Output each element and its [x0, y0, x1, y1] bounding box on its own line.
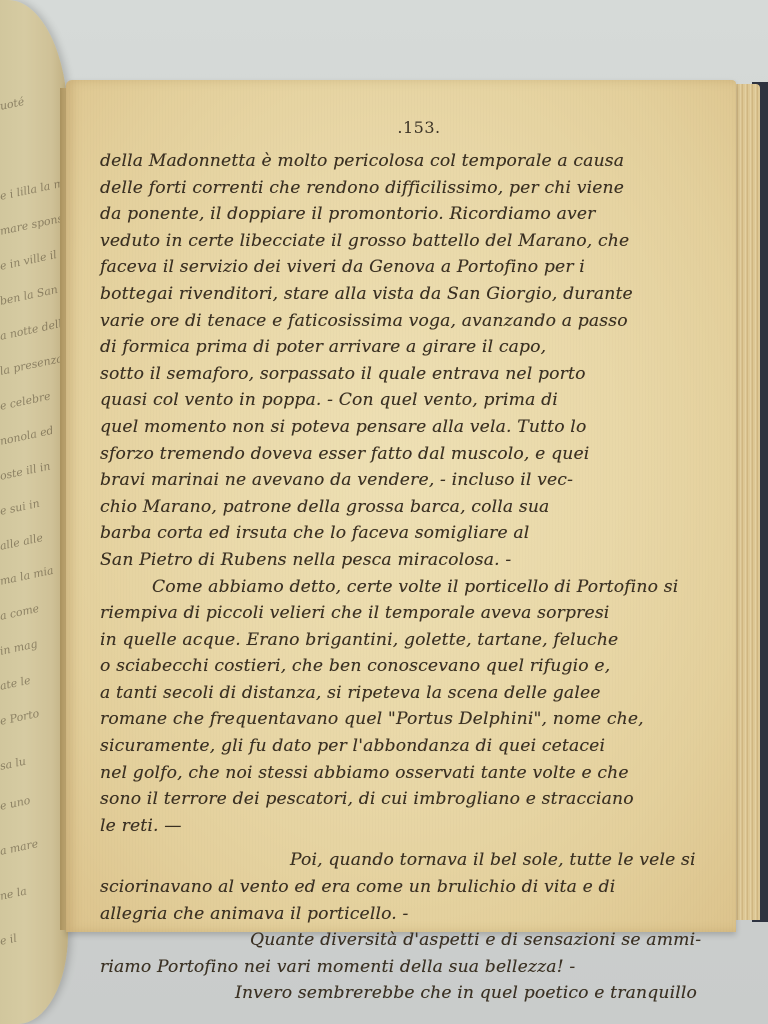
text-line: faceva il servizio dei viveri da Genova … [100, 254, 720, 281]
left-page-faded-text: e in ville il [0, 248, 58, 273]
text-line: riempiva di piccoli velieri che il tempo… [100, 600, 720, 627]
paragraph-start-line: Quante diversità d'aspetti e di sensazio… [100, 927, 720, 954]
text-line: bottegai rivenditori, stare alla vista d… [100, 281, 720, 308]
left-page-faded-text: e celebre [0, 389, 52, 412]
text-line: a tanti secoli di distanza, si ripeteva … [100, 680, 720, 707]
text-line: da ponente, il doppiare il promontorio. … [100, 201, 720, 228]
text-line: San Pietro di Rubens nella pesca miracol… [100, 547, 720, 574]
left-page-faded-text: ate le [0, 674, 32, 693]
left-page-faded-text: a notte della [0, 316, 68, 343]
text-line: riamo Portofino nei vari momenti della s… [100, 954, 720, 981]
left-page-faded-text: a come [0, 602, 40, 623]
text-line: sotto il semaforo, sorpassato il quale e… [100, 361, 720, 388]
text-line: in quelle acque. Erano brigantini, golet… [100, 627, 720, 654]
text-line: barba corta ed irsuta che lo faceva somi… [100, 520, 720, 547]
left-page-curled: uoté e i lilla la mu mare sponsio e in v… [0, 0, 68, 1024]
text-line: sforzo tremendo doveva esser fatto dal m… [100, 441, 720, 468]
text-line: quel momento non si poteva pensare alla … [100, 414, 720, 441]
text-line: delle forti correnti che rendono diffici… [100, 175, 720, 202]
text-line: quasi col vento in poppa. - Con quel ven… [100, 387, 720, 414]
left-page-faded-text: nonola ed [0, 424, 55, 448]
left-page-faded-text: in mag [0, 637, 39, 658]
text-line: sono il terrore dei pescatori, di cui im… [100, 786, 720, 813]
left-page-faded-text: e il [0, 932, 18, 948]
left-page-faded-text: uoté [0, 95, 25, 113]
left-page-faded-text: sa lu [0, 755, 27, 773]
text-line: o sciabecchi costieri, che ben conosceva… [100, 653, 720, 680]
text-line: nel golfo, che noi stessi abbiamo osserv… [100, 760, 720, 787]
left-page-faded-text: ne la [0, 884, 28, 902]
left-page-faded-text: la presenza [0, 352, 64, 378]
text-line: bravi marinai ne avevano da vendere, - i… [100, 467, 720, 494]
paragraph-start-line: Come abbiamo detto, certe volte il porti… [100, 574, 720, 601]
text-line: le reti. — [100, 813, 720, 840]
handwritten-text-block: della Madonnetta è molto pericolosa col … [100, 148, 720, 1007]
text-line: romane che frequentavano quel "Portus De… [100, 706, 720, 733]
left-page-faded-text: e sui in [0, 497, 41, 518]
left-page-faded-text: ma la mia [0, 564, 55, 588]
left-page-faded-text: mare sponsio [0, 210, 68, 238]
text-line: sciorinavano al vento ed era come un bru… [100, 874, 720, 901]
left-page-faded-text: oste ill in [0, 459, 52, 482]
text-line: varie ore di tenace e faticosissima voga… [100, 308, 720, 335]
text-line: chio Marano, patrone della grossa barca,… [100, 494, 720, 521]
text-line: di formica prima di poter arrivare a gir… [100, 334, 720, 361]
manuscript-page: .153. della Madonnetta è molto pericolos… [66, 80, 736, 932]
paragraph-start-line: Poi, quando tornava il bel sole, tutte l… [100, 847, 720, 874]
paragraph-start-line: Invero sembrerebbe che in quel poetico e… [100, 980, 720, 1007]
left-page-faded-text: e Porto [0, 707, 40, 728]
page-number: .153. [66, 118, 736, 137]
left-page-faded-text: ben la San [0, 283, 59, 308]
text-line: della Madonnetta è molto pericolosa col … [100, 148, 720, 175]
left-page-faded-text: e uno [0, 794, 31, 813]
left-page-faded-text: alle alle [0, 531, 44, 553]
text-line: allegria che animava il porticello. - [100, 901, 720, 928]
text-line: veduto in certe libecciate il grosso bat… [100, 228, 720, 255]
left-page-faded-text: a mare [0, 837, 39, 858]
page-block-edges [734, 84, 760, 920]
text-line: sicuramente, gli fu dato per l'abbondanz… [100, 733, 720, 760]
left-page-faded-text: e i lilla la mu [0, 175, 68, 203]
